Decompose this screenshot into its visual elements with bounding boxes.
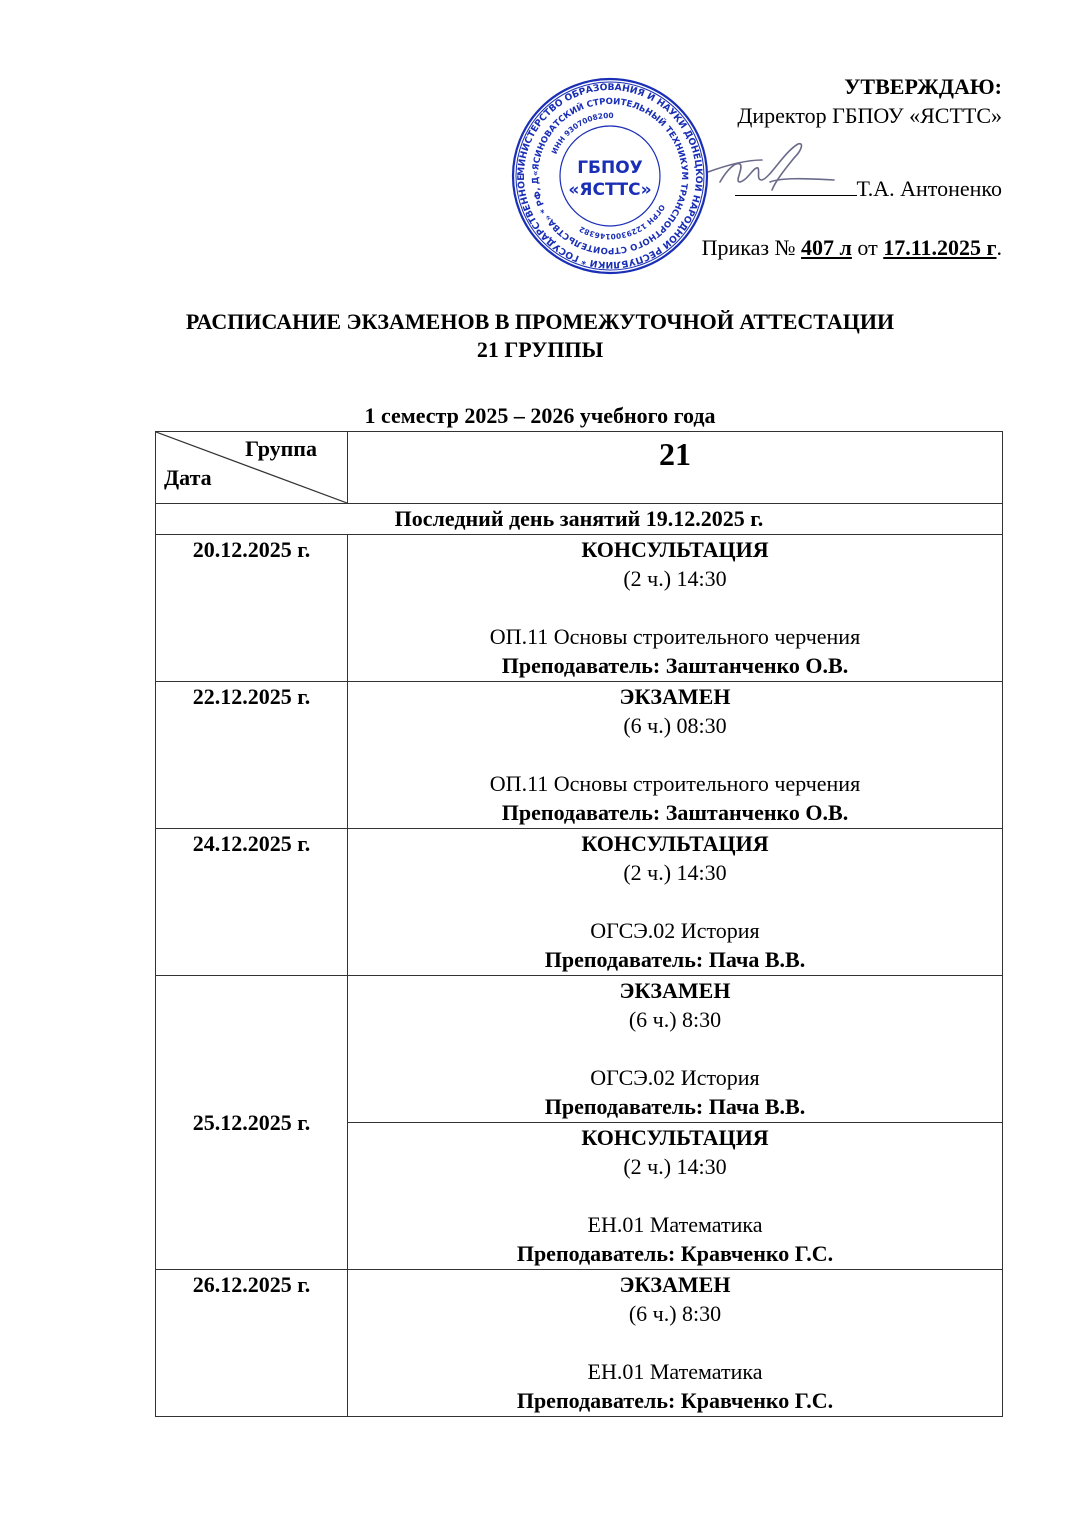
stamp-center-line1: ГБПОУ: [577, 158, 643, 178]
event-subject: ОП.11 Основы строительного черчения: [348, 622, 1002, 651]
table-row: 22.12.2025 г.ЭКЗАМЕН(6 ч.) 08:30ОП.11 Ос…: [156, 682, 1003, 829]
header-date-label: Дата: [164, 465, 212, 491]
date-cell: 25.12.2025 г.: [156, 976, 348, 1270]
date-cell: 24.12.2025 г.: [156, 829, 348, 976]
stamp-center-line2: «ЯСТТС»: [568, 180, 651, 200]
event-cell: ЭКЗАМЕН(6 ч.) 8:30ОГСЭ.02 ИсторияПрепода…: [348, 976, 1003, 1123]
approval-title: УТВЕРЖДАЮ:: [702, 72, 1002, 101]
event-spacer: [348, 593, 1002, 622]
official-stamp-icon: МИНИСТЕРСТВО ОБРАЗОВАНИЯ И НАУКИ ДОНЕЦКО…: [510, 76, 710, 276]
event-time: (6 ч.) 8:30: [348, 1299, 1002, 1328]
event-type: КОНСУЛЬТАЦИЯ: [348, 829, 1002, 858]
event-time: (2 ч.) 14:30: [348, 1152, 1002, 1181]
order-line: Приказ № 407 л от 17.11.2025 г.: [702, 233, 1002, 262]
event-time: (6 ч.) 08:30: [348, 711, 1002, 740]
event-subject: ОГСЭ.02 История: [348, 1063, 1002, 1092]
semester-subtitle: 1 семестр 2025 – 2026 учебного года: [0, 402, 1080, 430]
event-spacer: [348, 1034, 1002, 1063]
event-teacher: Преподаватель: Заштанченко О.В.: [348, 651, 1002, 680]
exam-schedule-table: Группа Дата 21 Последний день занятий 19…: [155, 431, 1003, 1417]
event-subject: ЕН.01 Математика: [348, 1357, 1002, 1386]
title-line2: 21 ГРУППЫ: [0, 336, 1080, 364]
order-suffix: .: [997, 235, 1003, 260]
event-spacer: [348, 887, 1002, 916]
date-cell: 20.12.2025 г.: [156, 535, 348, 682]
event-spacer: [348, 1328, 1002, 1357]
last-day-row: Последний день занятий 19.12.2025 г.: [156, 504, 1003, 535]
event-type: КОНСУЛЬТАЦИЯ: [348, 535, 1002, 564]
order-number: 407 л: [801, 235, 852, 260]
document-title: РАСПИСАНИЕ ЭКЗАМЕНОВ В ПРОМЕЖУТОЧНОЙ АТТ…: [0, 308, 1080, 364]
event-time: (2 ч.) 14:30: [348, 858, 1002, 887]
event-teacher: Преподаватель: Кравченко Г.С.: [348, 1239, 1002, 1268]
date-cell: 26.12.2025 г.: [156, 1270, 348, 1417]
last-day-notice: Последний день занятий 19.12.2025 г.: [156, 504, 1003, 535]
event-type: ЭКЗАМЕН: [348, 1270, 1002, 1299]
table-row: 24.12.2025 г.КОНСУЛЬТАЦИЯ(2 ч.) 14:30ОГС…: [156, 829, 1003, 976]
event-cell: КОНСУЛЬТАЦИЯ(2 ч.) 14:30ОП.11 Основы стр…: [348, 535, 1003, 682]
header-group-number: 21: [348, 432, 1003, 504]
table-row: 25.12.2025 г.ЭКЗАМЕН(6 ч.) 8:30ОГСЭ.02 И…: [156, 976, 1003, 1123]
approval-position: Директор ГБПОУ «ЯСТТС»: [702, 101, 1002, 130]
event-subject: ЕН.01 Математика: [348, 1210, 1002, 1239]
event-spacer: [348, 740, 1002, 769]
event-subject: ОГСЭ.02 История: [348, 916, 1002, 945]
signatory-name: Т.А. Антоненко: [857, 176, 1003, 201]
header-group-label: Группа: [245, 436, 317, 462]
date-cell: 22.12.2025 г.: [156, 682, 348, 829]
event-type: ЭКЗАМЕН: [348, 682, 1002, 711]
event-subject: ОП.11 Основы строительного черчения: [348, 769, 1002, 798]
signature-scribble-icon: [700, 138, 840, 198]
table-row: 20.12.2025 г.КОНСУЛЬТАЦИЯ(2 ч.) 14:30ОП.…: [156, 535, 1003, 682]
event-cell: ЭКЗАМЕН(6 ч.) 8:30ЕН.01 МатематикаПрепод…: [348, 1270, 1003, 1417]
event-teacher: Преподаватель: Пача В.В.: [348, 945, 1002, 974]
event-cell: КОНСУЛЬТАЦИЯ(2 ч.) 14:30ЕН.01 Математика…: [348, 1123, 1003, 1270]
event-cell: ЭКЗАМЕН(6 ч.) 08:30ОП.11 Основы строител…: [348, 682, 1003, 829]
header-corner-cell: Группа Дата: [156, 432, 348, 504]
order-mid: от: [852, 235, 883, 260]
title-line1: РАСПИСАНИЕ ЭКЗАМЕНОВ В ПРОМЕЖУТОЧНОЙ АТТ…: [186, 309, 894, 334]
event-time: (2 ч.) 14:30: [348, 564, 1002, 593]
order-date: 17.11.2025 г: [883, 235, 996, 260]
table-row: 26.12.2025 г.ЭКЗАМЕН(6 ч.) 8:30ЕН.01 Мат…: [156, 1270, 1003, 1417]
event-time: (6 ч.) 8:30: [348, 1005, 1002, 1034]
event-teacher: Преподаватель: Кравченко Г.С.: [348, 1386, 1002, 1415]
order-prefix: Приказ №: [702, 235, 801, 260]
event-teacher: Преподаватель: Пача В.В.: [348, 1092, 1002, 1121]
table-header-row: Группа Дата 21: [156, 432, 1003, 504]
event-type: ЭКЗАМЕН: [348, 976, 1002, 1005]
event-teacher: Преподаватель: Заштанченко О.В.: [348, 798, 1002, 827]
event-type: КОНСУЛЬТАЦИЯ: [348, 1123, 1002, 1152]
event-spacer: [348, 1181, 1002, 1210]
event-cell: КОНСУЛЬТАЦИЯ(2 ч.) 14:30ОГСЭ.02 ИсторияП…: [348, 829, 1003, 976]
